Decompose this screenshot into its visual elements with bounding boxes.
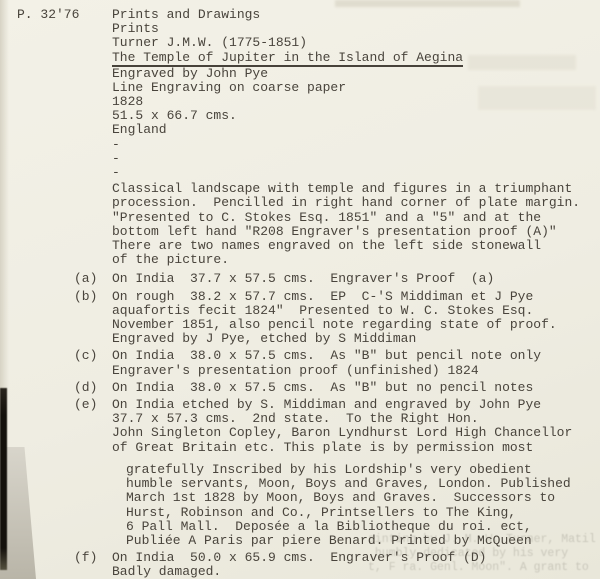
entry-a: (a)On India 37.7 x 57.5 cms. Engraver's … (112, 272, 594, 286)
typed-line: - (112, 138, 594, 152)
typed-line: - (112, 152, 594, 166)
entry-line: 6 Pall Mall. Deposée a la Bibliotheque d… (126, 520, 594, 534)
typed-line: - (112, 166, 594, 180)
entry-b: (b)On rough 38.2 x 57.7 cms. EP C-'S Mid… (112, 290, 594, 347)
entry-d: (d)On India 38.0 x 57.5 cms. As "B" but … (112, 381, 594, 395)
typed-line: Prints (112, 22, 594, 36)
scan-edge-shadow (0, 388, 7, 570)
reference-number: P. 32'76 (17, 8, 79, 22)
entry-line: John Singleton Copley, Baron Lyndhurst L… (112, 426, 594, 440)
entry-line: On India etched by S. Middiman and engra… (112, 398, 594, 412)
entry-line: March 1st 1828 by Moon, Boys and Graves.… (126, 491, 594, 505)
typed-line: 51.5 x 66.7 cms. (112, 109, 594, 123)
medium-details-block: Engraved by John PyeLine Engraving on co… (112, 67, 594, 181)
bleedthrough-line: humbly dedicated by his very (368, 547, 593, 561)
verso-bleedthrough-text: ainting by J. M. W. Turner, Matil humbly… (368, 533, 593, 576)
entry-line: On India 37.7 x 57.5 cms. Engraver's Pro… (112, 272, 594, 286)
entry-line: aquafortis fecit 1824" Presented to W. C… (112, 304, 594, 318)
description-block: Classical landscape with temple and figu… (112, 182, 594, 267)
typed-line: Line Engraving on coarse paper (112, 81, 594, 95)
typed-text-column: Prints and DrawingsPrintsTurner J.M.W. (… (112, 8, 594, 579)
description-line: "Presented to C. Stokes Esq. 1851" and a… (112, 211, 594, 225)
entry-line: Engraved by J Pye, etched by S Middiman (112, 332, 594, 346)
entry-line: November 1851, also pencil note regardin… (112, 318, 594, 332)
description-line: procession. Pencilled in right hand corn… (112, 196, 594, 210)
entry-line: On India 38.0 x 57.5 cms. As "B" but pen… (112, 349, 594, 363)
title-line: The Temple of Jupiter in the Island of A… (112, 51, 594, 67)
entry-line: 37.7 x 57.3 cms. 2nd state. To the Right… (112, 412, 594, 426)
description-line: bottom left hand "R208 Engraver's presen… (112, 225, 594, 239)
description-line: of the picture. (112, 253, 594, 267)
entry-label: (d) (74, 381, 97, 395)
entry-line: of Great Britain etc. This plate is by p… (112, 441, 594, 455)
entry-label: (a) (74, 272, 97, 286)
catalog-card-scan: P. 32'76 Prints and DrawingsPrintsTurner… (0, 0, 600, 579)
underlined-title: The Temple of Jupiter in the Island of A… (112, 51, 463, 67)
bleedthrough-smudge-top (335, 0, 520, 7)
entry-c: (c)On India 38.0 x 57.5 cms. As "B" but … (112, 349, 594, 377)
typed-line: Engraved by John Pye (112, 67, 594, 81)
entry-line: On India 38.0 x 57.5 cms. As "B" but no … (112, 381, 594, 395)
typed-line: Turner J.M.W. (1775-1851) (112, 36, 594, 50)
description-line: Classical landscape with temple and figu… (112, 182, 594, 196)
header-block: Prints and DrawingsPrintsTurner J.M.W. (… (112, 8, 594, 51)
entry-label: (b) (74, 290, 97, 304)
entry-line: Hurst, Robinson and Co., Printsellers to… (126, 506, 594, 520)
entry-line: gratefully Inscribed by his Lordship's v… (126, 463, 594, 477)
entry-line: On rough 38.2 x 57.7 cms. EP C-'S Middim… (112, 290, 594, 304)
bleedthrough-line: t, F ra. Genl. Moon". A grant to (368, 561, 593, 575)
entry-line: Engraver's presentation proof (unfinishe… (112, 364, 594, 378)
typed-line: 1828 (112, 95, 594, 109)
bleedthrough-line: ainting by J. M. W. Turner, Matil (368, 533, 593, 547)
entry-label: (e) (74, 398, 97, 412)
description-line: There are two names engraved on the left… (112, 239, 594, 253)
entry-e: (e)On India etched by S. Middiman and en… (112, 398, 594, 455)
entry-label: (c) (74, 349, 97, 363)
entry-label: (f) (74, 551, 97, 565)
entry-line: humble servants, Moon, Boys and Graves, … (126, 477, 594, 491)
typed-line: England (112, 123, 594, 137)
typed-line: Prints and Drawings (112, 8, 594, 22)
